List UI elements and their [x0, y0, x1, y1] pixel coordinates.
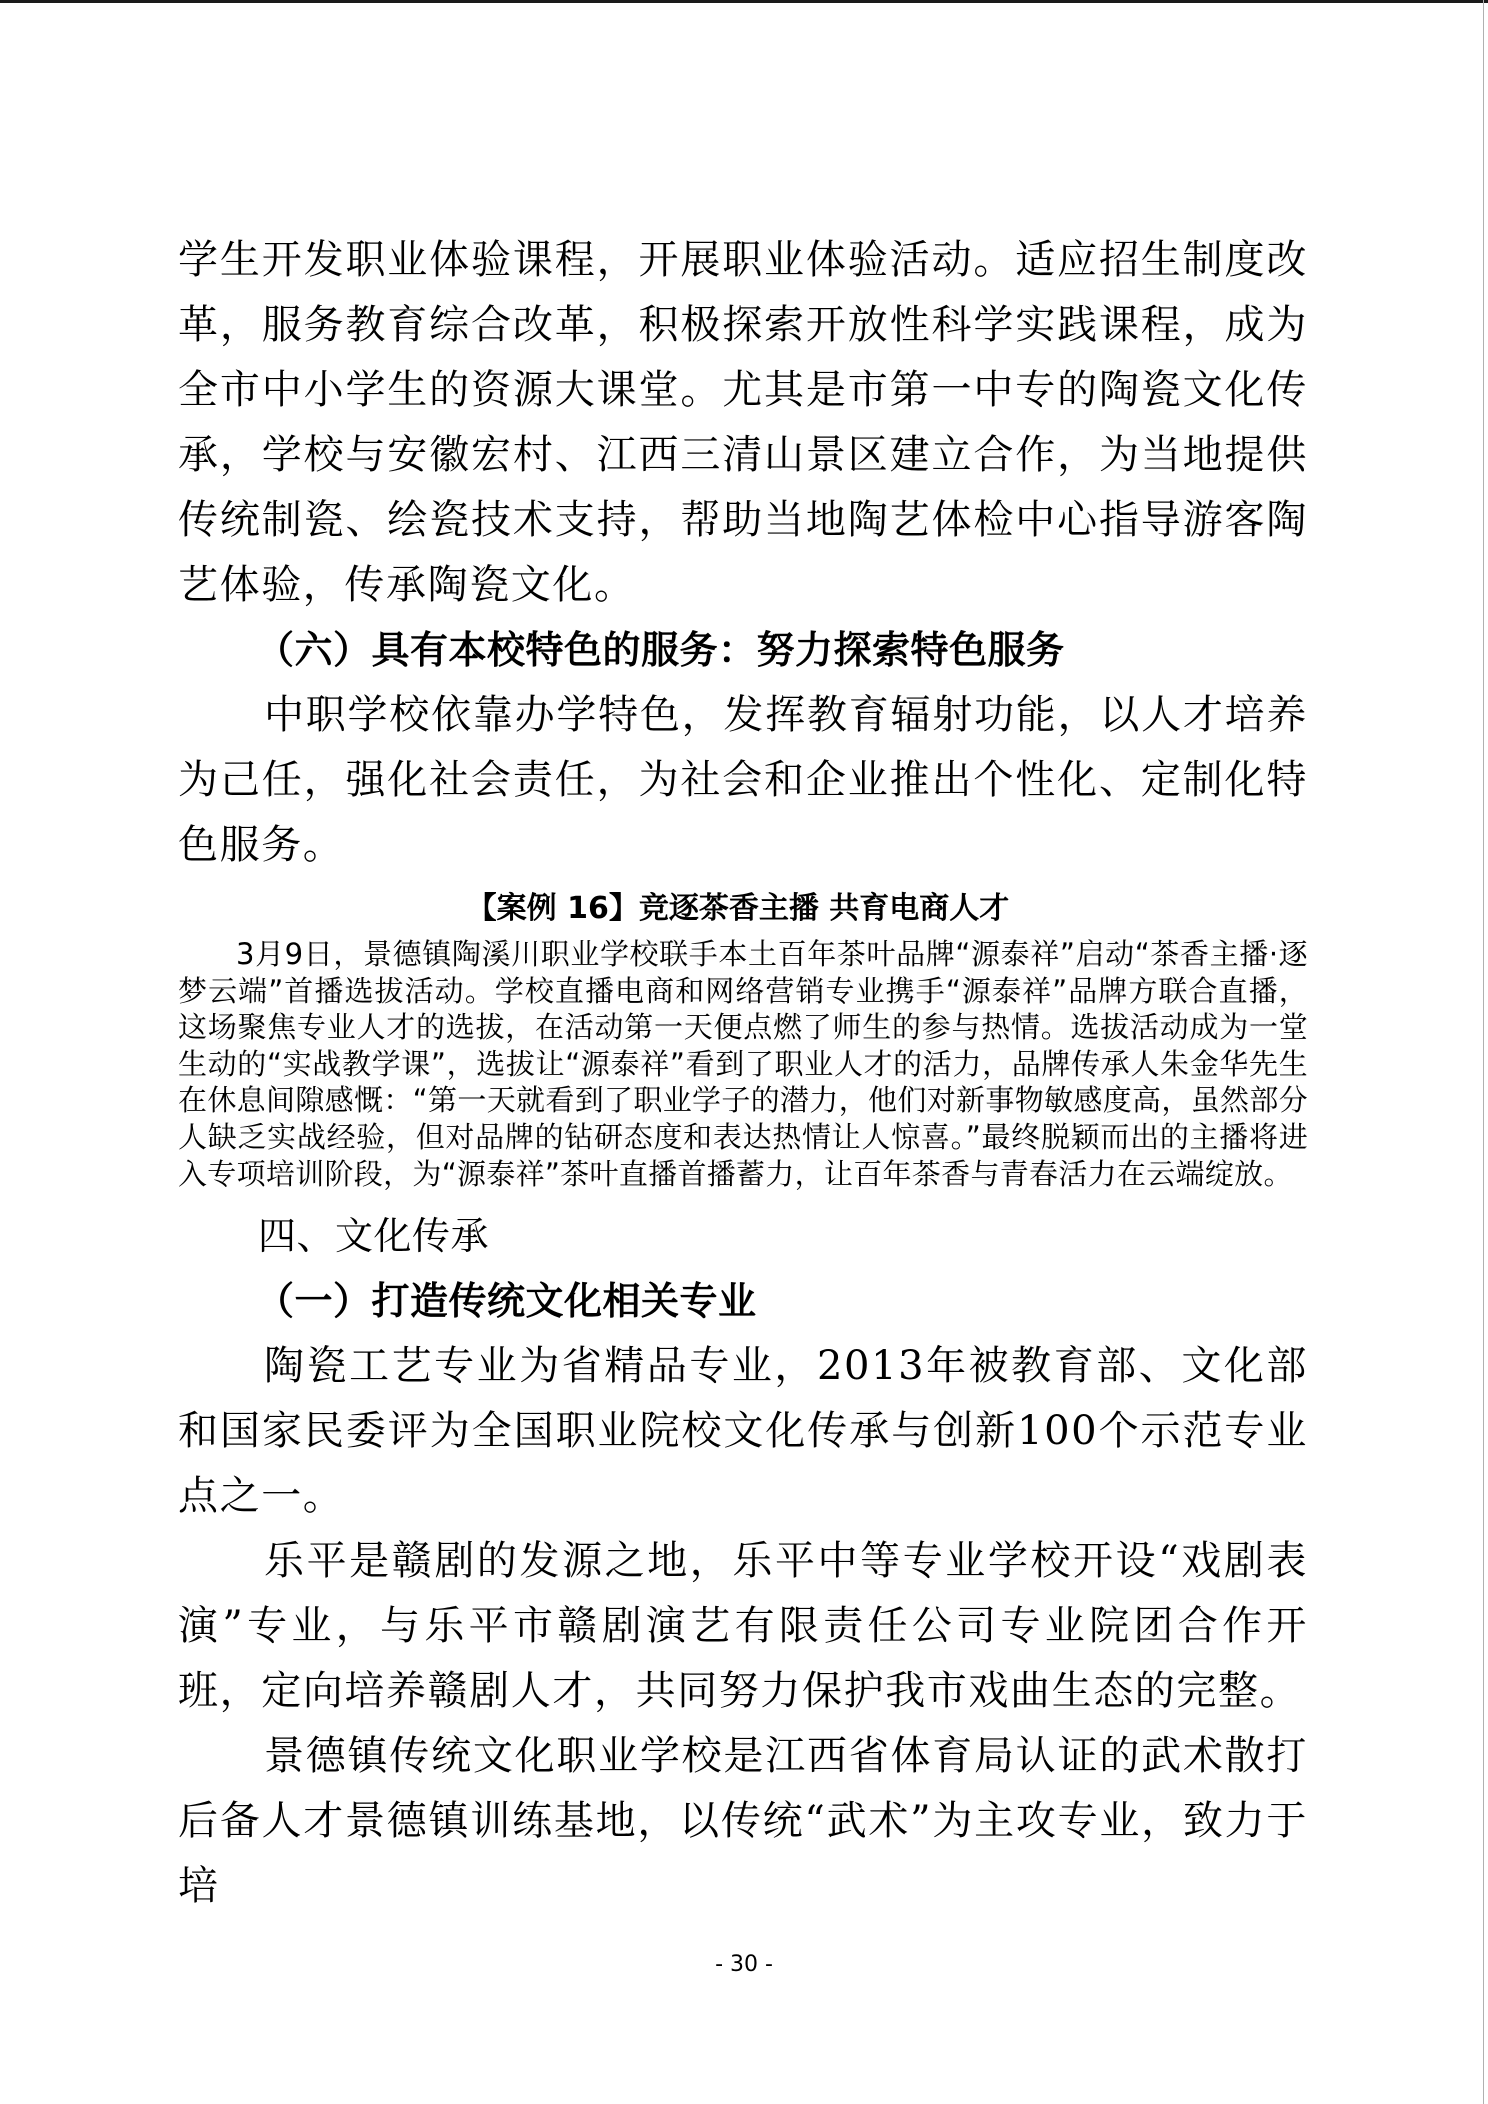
body-paragraph: 学生开发职业体验课程，开展职业体验活动。适应招生制度改革，服务教育综合改革，积极…	[178, 228, 1308, 618]
page-number: - 30 -	[0, 1950, 1488, 1980]
section-heading: 四、文化传承	[178, 1204, 1308, 1269]
case-study-title: 【案例 16】竞逐茶香主播 共育电商人才	[178, 884, 1308, 934]
case-study-box: 【案例 16】竞逐茶香主播 共育电商人才 3月9日，景德镇陶溪川职业学校联手本土…	[178, 884, 1308, 1192]
body-paragraph: 乐平是赣剧的发源之地，乐平中等专业学校开设“戏剧表演”专业，与乐平市赣剧演艺有限…	[178, 1529, 1308, 1724]
case-study-body: 3月9日，景德镇陶溪川职业学校联手本土百年茶叶品牌“源泰祥”启动“茶香主播·逐梦…	[178, 936, 1308, 1192]
body-paragraph: 中职学校依靠办学特色，发挥教育辐射功能，以人才培养为己任，强化社会责任，为社会和…	[178, 683, 1308, 878]
body-paragraph: 景德镇传统文化职业学校是江西省体育局认证的武术散打后备人才景德镇训练基地，以传统…	[178, 1724, 1308, 1919]
page-right-border	[1483, 0, 1484, 2104]
document-page-content: 学生开发职业体验课程，开展职业体验活动。适应招生制度改革，服务教育综合改革，积极…	[178, 228, 1308, 1919]
body-paragraph: 陶瓷工艺专业为省精品专业，2013年被教育部、文化部和国家民委评为全国职业院校文…	[178, 1334, 1308, 1529]
page-top-border	[0, 0, 1488, 3]
subsection-heading: （一）打造传统文化相关专业	[178, 1269, 1308, 1334]
subsection-heading: （六）具有本校特色的服务：努力探索特色服务	[178, 618, 1308, 683]
